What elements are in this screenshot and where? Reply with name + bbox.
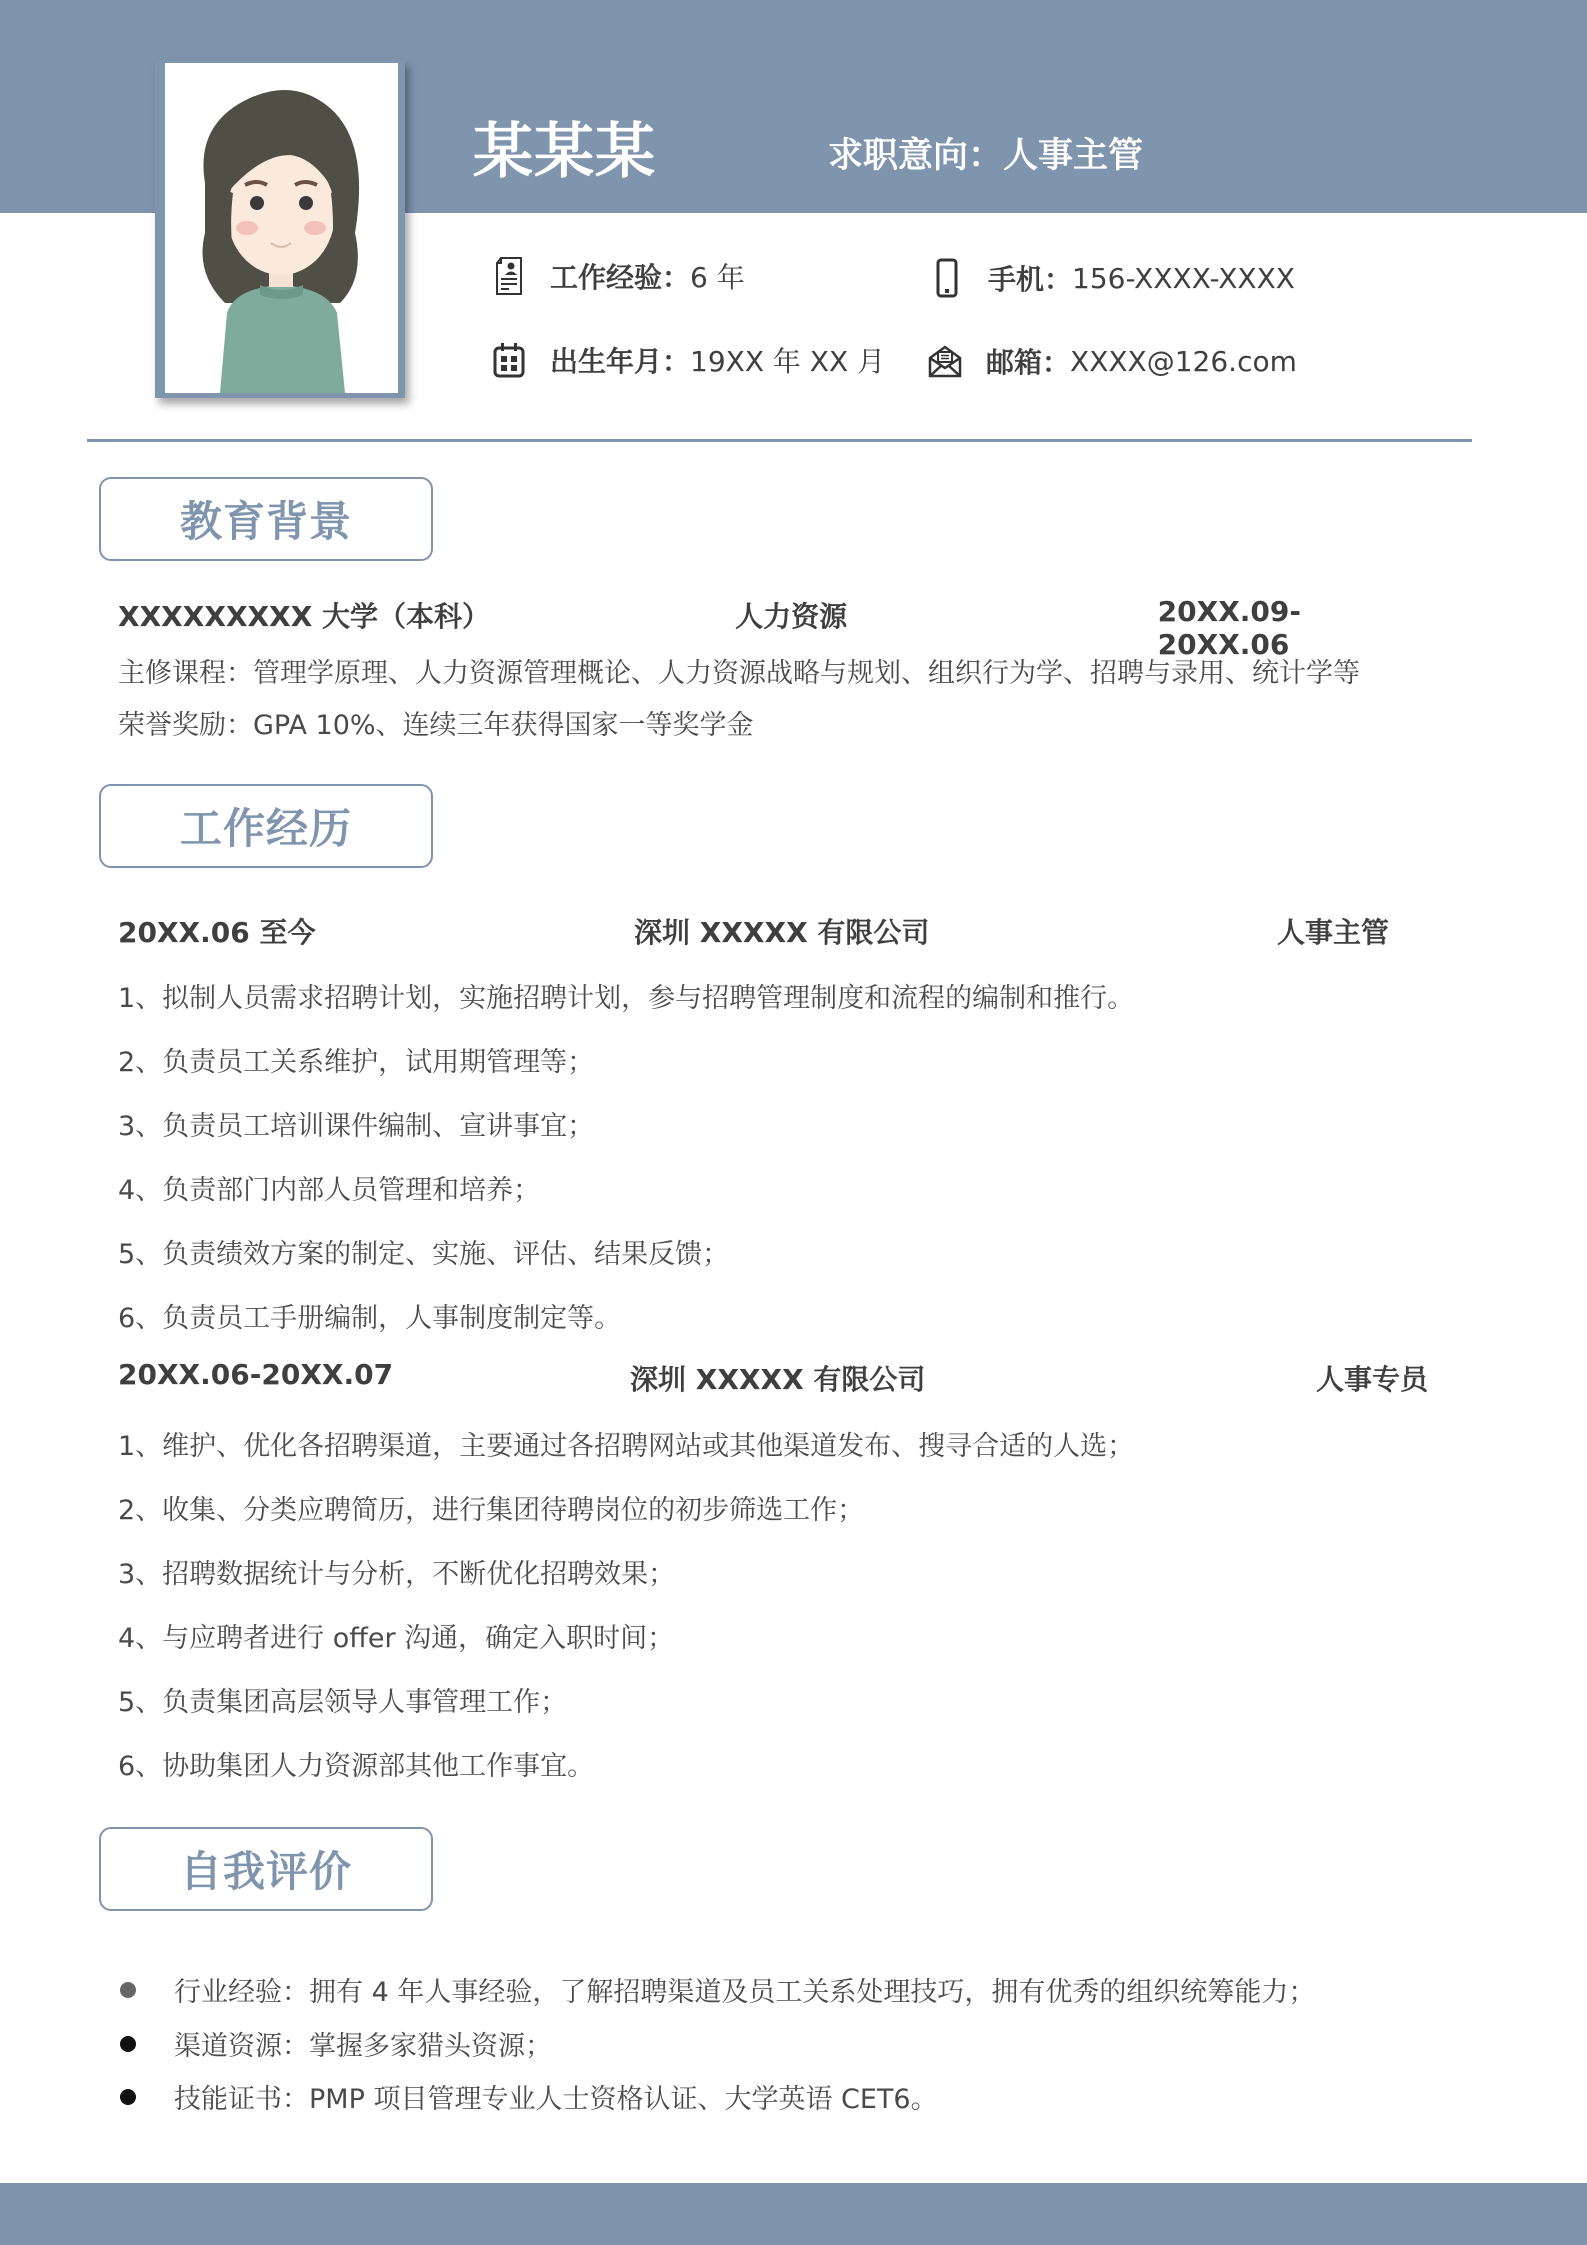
duty-item: 4、与应聘者进行 offer 沟通，确定入职时间；: [118, 1616, 674, 1655]
duty-item: 3、招聘数据统计与分析，不断优化招聘效果；: [118, 1552, 675, 1591]
info-label: 出生年月：: [550, 340, 690, 380]
job-header-row: 20XX.06-20XX.07 深圳 XXXXX 有限公司 人事专员: [118, 1358, 1428, 1398]
duty-item: 3、负责员工培训课件编制、宣讲事宜；: [118, 1104, 594, 1143]
honors: 荣誉奖励：GPA 10%、连续三年获得国家一等奖学金: [118, 703, 754, 742]
eval-item: 渠道资源：掌握多家猎头资源；: [118, 2024, 552, 2063]
bullet-icon: [120, 2089, 136, 2105]
info-experience: 工作经验： 6 年: [492, 256, 745, 296]
job-company: 深圳 XXXXX 有限公司: [634, 911, 1277, 951]
eval-text: 技能证书：PMP 项目管理专业人士资格认证、大学英语 CET6。: [174, 2077, 938, 2116]
calendar-icon: [492, 340, 526, 380]
phone-icon: [930, 258, 964, 298]
eval-item: 行业经验：拥有 4 年人事经验，了解招聘渠道及员工关系处理技巧，拥有优秀的组织统…: [118, 1970, 1315, 2009]
section-title-self-eval: 自我评价: [99, 1827, 433, 1911]
bullet-icon: [120, 1982, 136, 1998]
info-label: 工作经验：: [550, 256, 690, 296]
info-value: XXXX@126.com: [1070, 345, 1297, 378]
duty-item: 6、负责员工手册编制，人事制度制定等。: [118, 1296, 621, 1335]
duty-item: 5、负责绩效方案的制定、实施、评估、结果反馈；: [118, 1232, 729, 1271]
job-intent: 求职意向：人事主管: [828, 128, 1143, 178]
footer-band: [0, 2183, 1587, 2245]
section-title-work: 工作经历: [99, 784, 433, 868]
avatar-illustration-icon: [165, 63, 398, 393]
info-birth: 出生年月： 19XX 年 XX 月: [492, 340, 885, 380]
job-position: 人事主管: [1277, 911, 1389, 951]
duty-item: 2、负责员工关系维护，试用期管理等；: [118, 1040, 594, 1079]
job-period: 20XX.06-20XX.07: [118, 1358, 630, 1398]
duty-item: 2、收集、分类应聘简历，进行集团待聘岗位的初步筛选工作；: [118, 1488, 864, 1527]
courses: 主修课程：管理学原理、人力资源管理概论、人力资源战略与规划、组织行为学、招聘与录…: [118, 651, 1360, 690]
bullet-icon: [120, 2036, 136, 2052]
avatar: [165, 63, 398, 393]
eval-text: 行业经验：拥有 4 年人事经验，了解招聘渠道及员工关系处理技巧，拥有优秀的组织统…: [174, 1970, 1315, 2009]
info-phone: 手机： 156-XXXX-XXXX: [930, 258, 1295, 298]
duty-item: 1、拟制人员需求招聘计划，实施招聘计划，参与招聘管理制度和流程的编制和推行。: [118, 976, 1134, 1015]
job-period: 20XX.06 至今: [118, 911, 634, 951]
info-email: 邮箱： XXXX@126.com: [928, 341, 1297, 381]
section-title-education: 教育背景: [99, 477, 433, 561]
mail-icon: [928, 341, 962, 381]
job-company: 深圳 XXXXX 有限公司: [630, 1358, 1316, 1398]
info-label: 手机：: [988, 258, 1072, 298]
info-value: 156-XXXX-XXXX: [1072, 262, 1295, 295]
info-value: 6 年: [690, 256, 745, 296]
eval-text: 渠道资源：掌握多家猎头资源；: [174, 2024, 552, 2063]
photo-frame: [155, 60, 405, 398]
eval-item: 技能证书：PMP 项目管理专业人士资格认证、大学英语 CET6。: [118, 2077, 938, 2116]
header-divider: [87, 439, 1472, 442]
job-position: 人事专员: [1316, 1358, 1428, 1398]
duty-item: 6、协助集团人力资源部其他工作事宜。: [118, 1744, 594, 1783]
resume-icon: [492, 256, 526, 296]
info-value: 19XX 年 XX 月: [690, 340, 885, 380]
duty-item: 4、负责部门内部人员管理和培养；: [118, 1168, 540, 1207]
candidate-name: 某某某: [473, 104, 656, 190]
duty-item: 1、维护、优化各招聘渠道，主要通过各招聘网站或其他渠道发布、搜寻合适的人选；: [118, 1424, 1134, 1463]
job-header-row: 20XX.06 至今 深圳 XXXXX 有限公司 人事主管: [118, 911, 1428, 951]
info-label: 邮箱：: [986, 341, 1070, 381]
duty-item: 5、负责集团高层领导人事管理工作；: [118, 1680, 567, 1719]
